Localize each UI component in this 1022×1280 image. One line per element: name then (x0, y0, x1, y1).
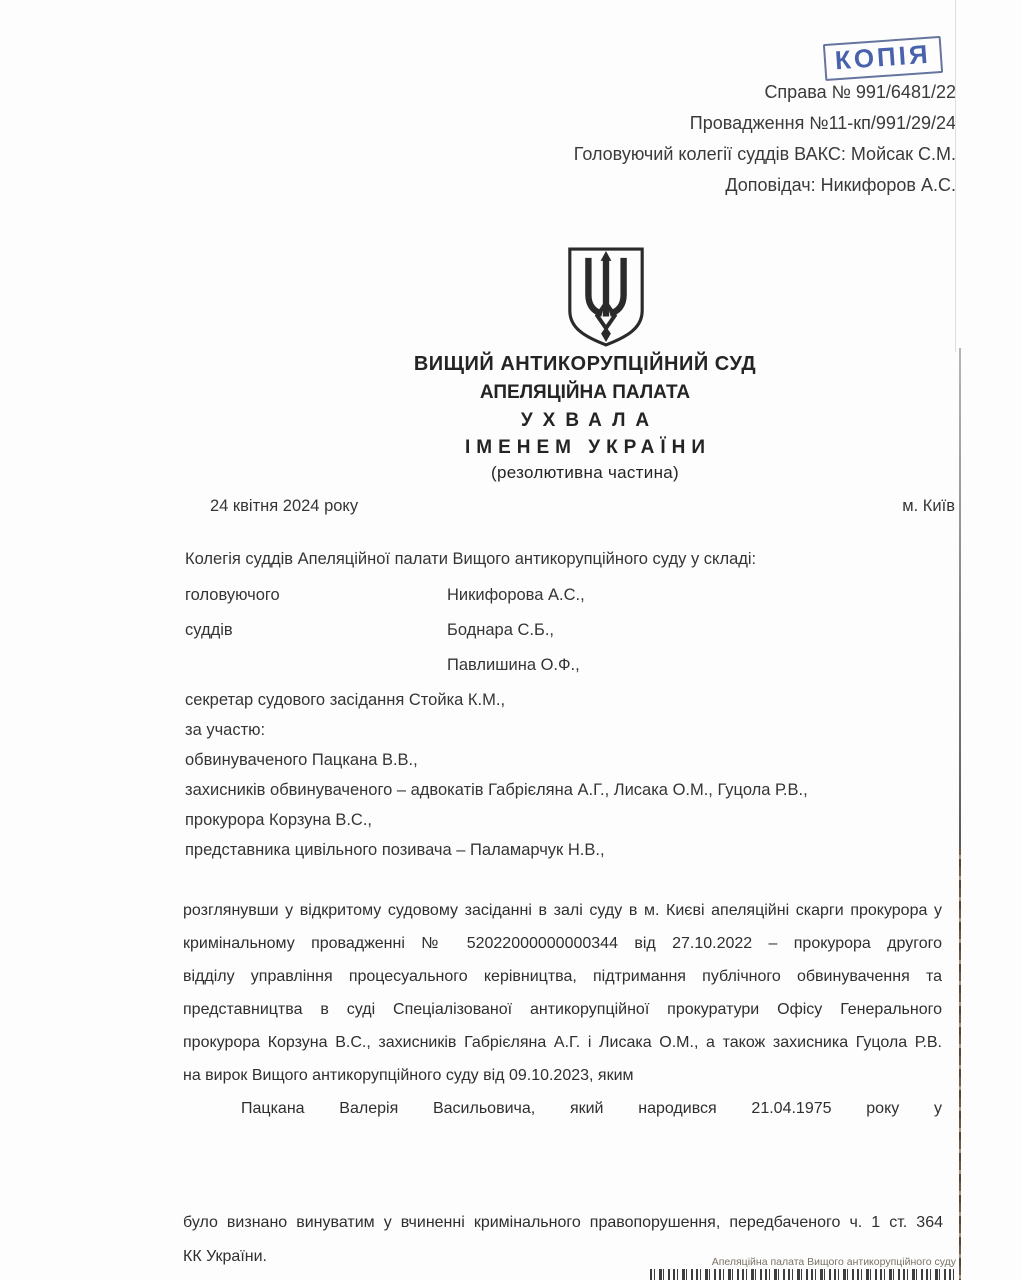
ukraine-trident-icon (562, 246, 650, 348)
case-header: Справа № 991/6481/22 Провадження №11-кп/… (574, 82, 956, 206)
scanned-court-document: { "document": { "copy_stamp": "КОПІЯ", "… (0, 0, 1022, 1280)
proceeding-number: Провадження №11-кп/991/29/24 (574, 113, 956, 133)
panel-role (185, 655, 447, 675)
scan-edge-line-bottom (959, 846, 961, 1280)
reporting-judge-line: Доповідач: Никифоров А.С. (574, 175, 956, 195)
body-paragraph: розглянувши у відкритому судовому засіда… (183, 894, 942, 1125)
body-line: на вирок Вищого антикорупційного суду ві… (183, 1059, 942, 1092)
decision-place: м. Київ (902, 497, 955, 516)
operative-part-note: (резолютивна частина) (205, 463, 965, 483)
panel-intro: Колегія суддів Апеляційної палати Вищого… (185, 549, 947, 569)
body-line: відділу управління процесуального керівн… (183, 960, 942, 993)
verdict-line: було визнано винуватим у вчиненні кримін… (183, 1206, 943, 1240)
case-number: Справа № 991/6481/22 (574, 82, 956, 102)
participant-line: секретар судового засідання Стойка К.М., (185, 690, 947, 710)
footer-court-label: Апеляційна палата Вищого антикорупційног… (712, 1256, 956, 1268)
document-heading: ВИЩИЙ АНТИКОРУПЦІЙНИЙ СУД АПЕЛЯЦІЙНА ПАЛ… (205, 353, 965, 483)
presiding-judge-line: Головуючий колегії суддів ВАКС: Мойсак С… (574, 144, 956, 164)
body-line: прокурора Корзуна В.С., захисників Габрі… (183, 1026, 942, 1059)
court-name: ВИЩИЙ АНТИКОРУПЦІЙНИЙ СУД (205, 353, 965, 376)
scan-edge-line-top (955, 0, 956, 352)
body-line: представництва в суді Спеціалізованої ан… (183, 993, 942, 1026)
panel-person: Никифорова А.С., (447, 585, 585, 605)
body-line: розглянувши у відкритому судовому засіда… (183, 894, 942, 927)
decision-date: 24 квітня 2024 року (210, 497, 358, 516)
panel-role: суддів (185, 620, 447, 640)
barcode (650, 1269, 958, 1280)
panel-role: головуючого (185, 585, 447, 605)
panel-row: суддів Боднара С.Б., (185, 620, 947, 640)
dateline: 24 квітня 2024 року м. Київ (210, 497, 955, 516)
participant-line: прокурора Корзуна В.С., (185, 810, 947, 830)
panel-row: головуючого Никифорова А.С., (185, 585, 947, 605)
copy-stamp: КОПІЯ (823, 36, 943, 81)
participant-line: захисників обвинуваченого – адвокатів Га… (185, 780, 947, 800)
participant-line: за участю: (185, 720, 947, 740)
panel-person: Павлишина О.Ф., (447, 655, 580, 675)
participant-line: представника цивільного позивача – Палам… (185, 840, 947, 860)
body-line: кримінальному провадженні № 520220000000… (183, 927, 942, 960)
panel-person: Боднара С.Б., (447, 620, 554, 640)
in-the-name-of-ukraine: ІМЕНЕМ УКРАЇНИ (205, 437, 965, 459)
panel-composition: Колегія суддів Апеляційної палати Вищого… (185, 549, 947, 870)
scan-edge-line-middle (959, 348, 961, 848)
panel-row: Павлишина О.Ф., (185, 655, 947, 675)
participant-line: обвинуваченого Пацкана В.В., (185, 750, 947, 770)
defendant-line: Пацкана Валерія Васильовича, який народи… (183, 1092, 942, 1125)
act-type: УХВАЛА (205, 410, 965, 432)
chamber-name: АПЕЛЯЦІЙНА ПАЛАТА (205, 382, 965, 404)
